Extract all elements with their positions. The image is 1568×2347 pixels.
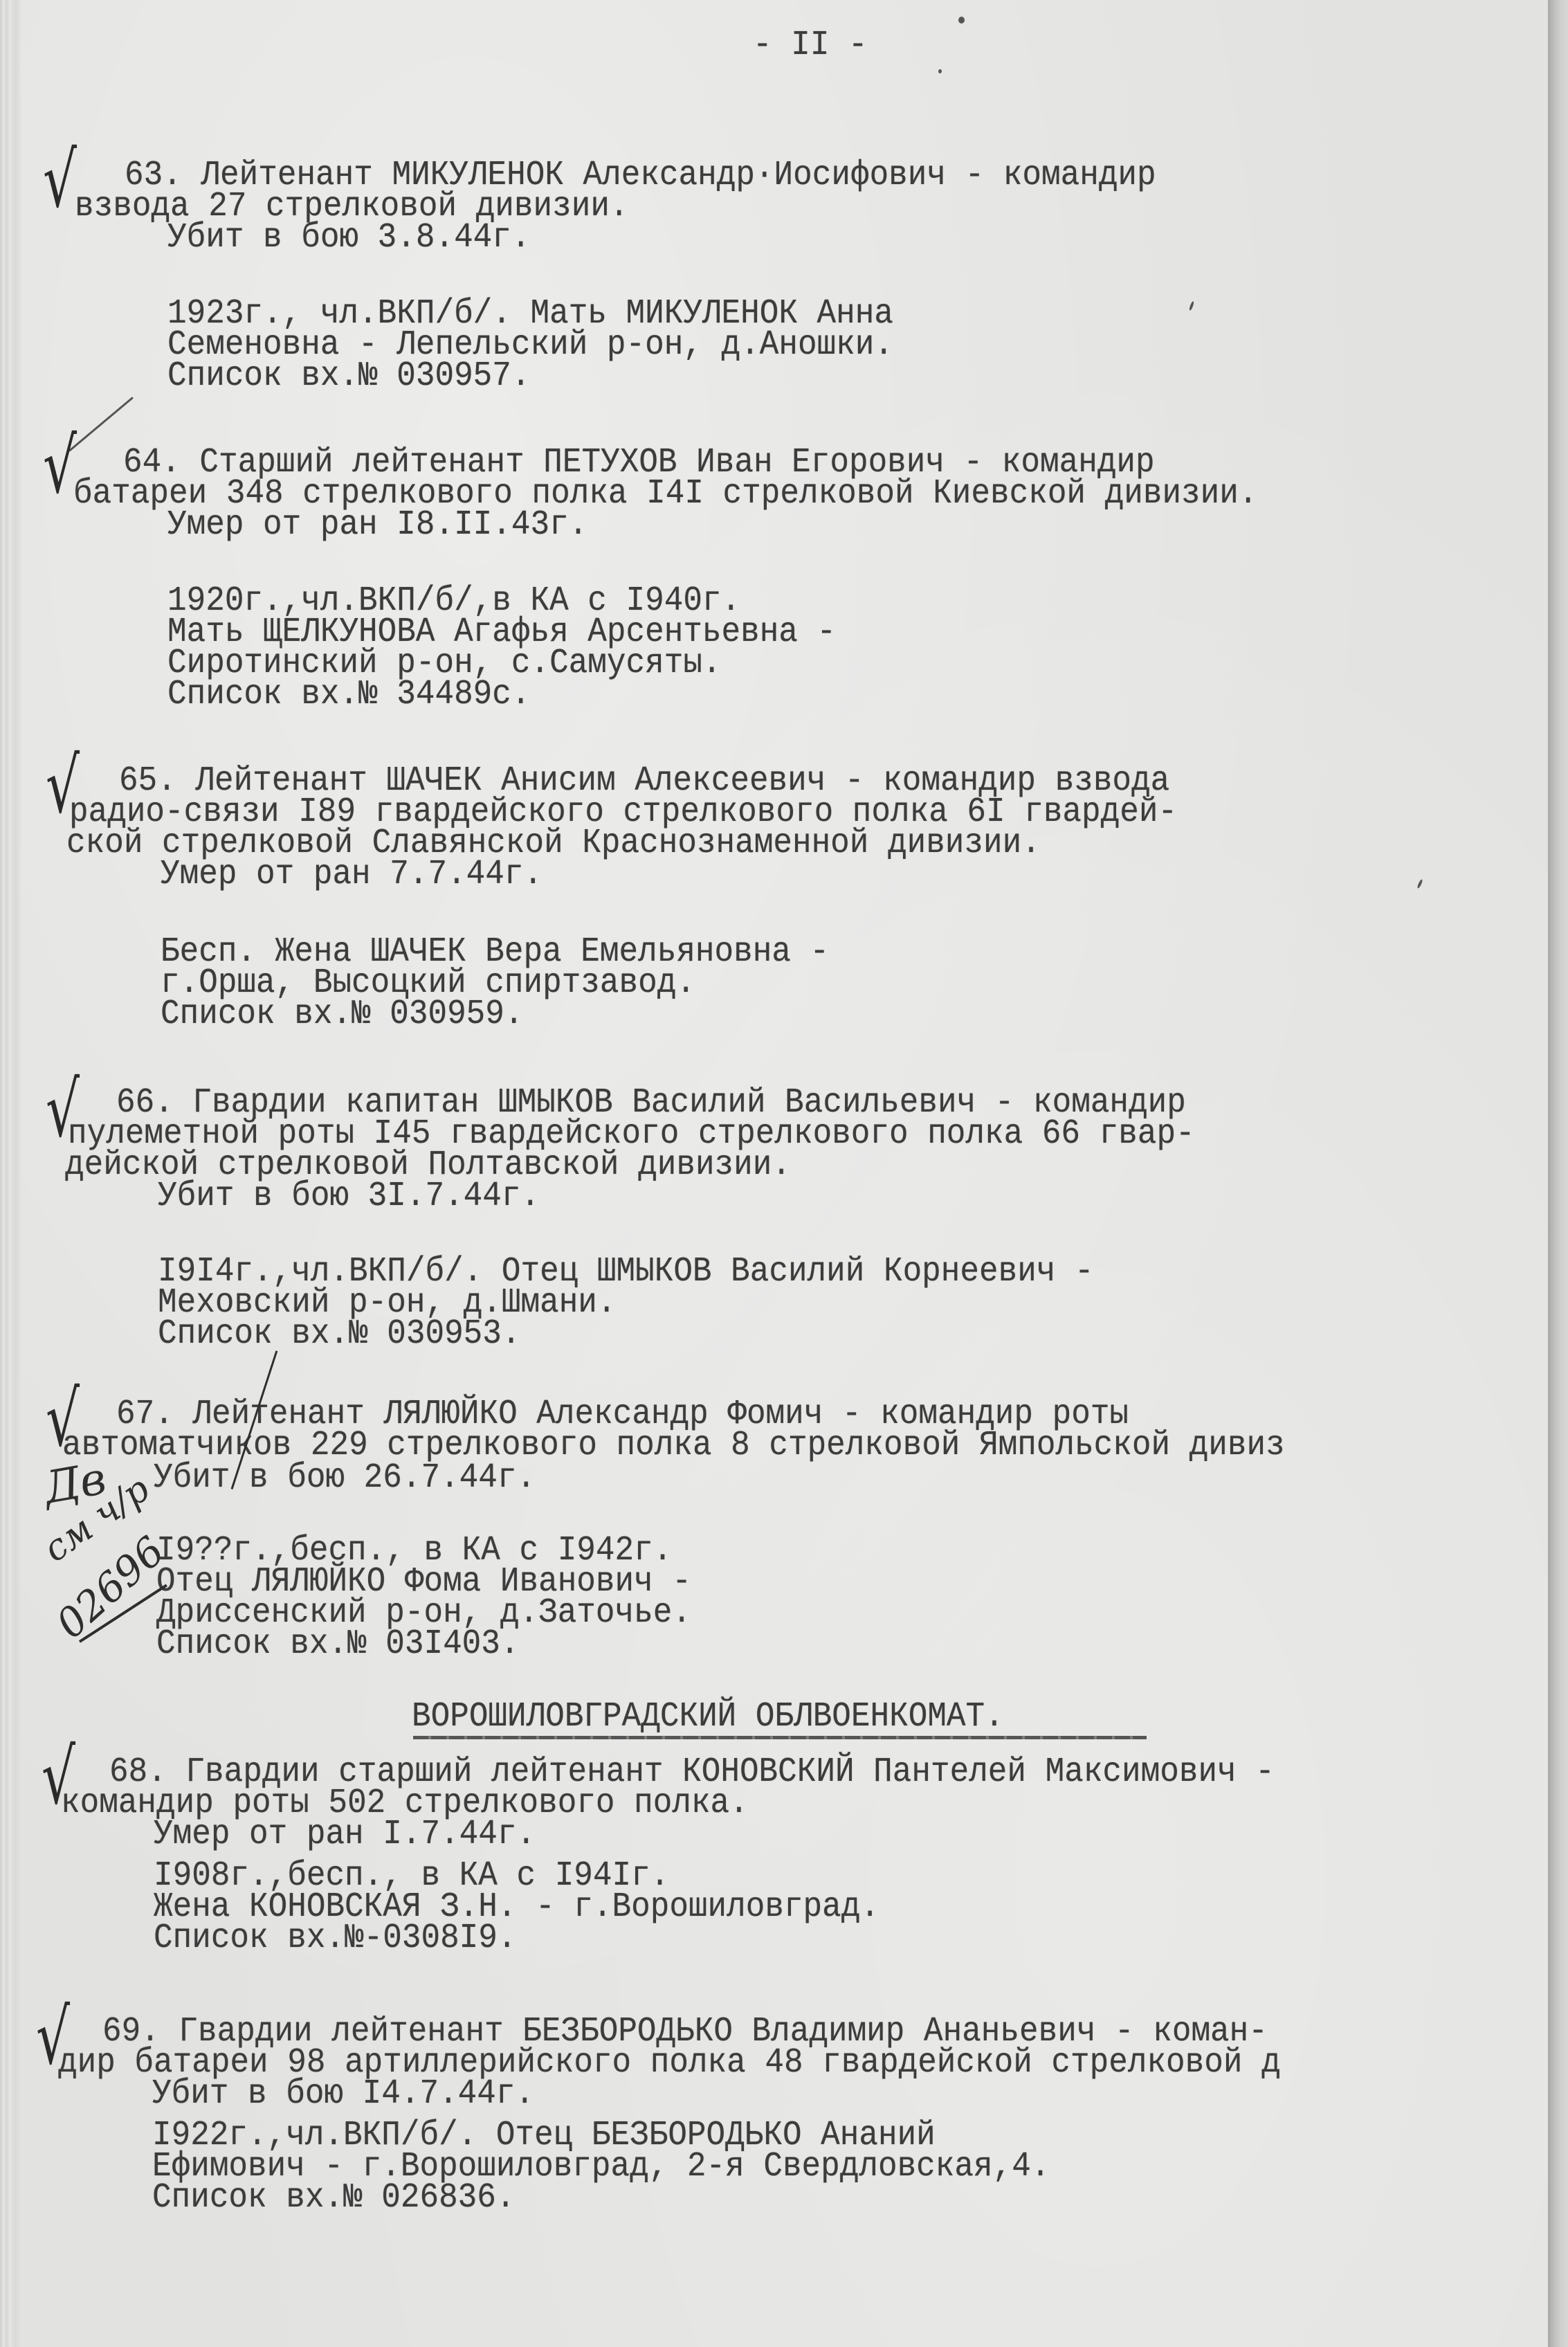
heading-underline xyxy=(413,1736,1147,1739)
entry-64-status: Умер от ран I8.II.43г. xyxy=(167,507,587,542)
page-right-edge-shadow xyxy=(1548,0,1568,2347)
entry-66-list-number: Список вх.№ 030953. xyxy=(158,1316,521,1351)
entry-65-list-number: Список вх.№ 030959. xyxy=(161,997,524,1031)
entry-63-list-number: Список вх.№ 030957. xyxy=(167,359,531,393)
check-mark-icon: √ xyxy=(43,142,77,218)
page-left-edge xyxy=(0,0,21,2347)
entry-68-status: Умер от ран I.7.44г. xyxy=(154,1817,536,1851)
entry-65-status: Умер от ран 7.7.44г. xyxy=(161,857,543,891)
entry-67-list-number: Список вх.№ 03I403. xyxy=(156,1626,520,1661)
paper-speck xyxy=(1189,301,1195,311)
entry-68-list-number: Список вх.№-0308I9. xyxy=(154,1921,517,1955)
paper-speck xyxy=(1416,879,1423,889)
section-heading: ВОРОШИЛОВГРАДСКИЙ ОБЛВОЕНКОМАТ. xyxy=(412,1699,1004,1734)
entry-64-list-number: Список вх.№ 34489с. xyxy=(167,677,531,712)
paper-speck xyxy=(938,69,942,73)
page-number: - II - xyxy=(753,28,868,62)
entry-63-status: Убит в бою 3.8.44г. xyxy=(167,220,531,255)
paper-speck xyxy=(958,17,965,24)
check-mark-icon: √ xyxy=(43,428,77,504)
entry-67-status: Убит в бою 26.7.44г. xyxy=(154,1460,536,1495)
entry-69-list-number: Список вх.№ 026836. xyxy=(152,2180,516,2215)
entry-69-status: Убит в бою I4.7.44г. xyxy=(152,2076,534,2111)
typewritten-page: - II - √ 63. Лейтенант МИКУЛЕНОК Алексан… xyxy=(0,0,1568,2347)
entry-66-status: Убит в бою 3I.7.44г. xyxy=(158,1179,540,1213)
